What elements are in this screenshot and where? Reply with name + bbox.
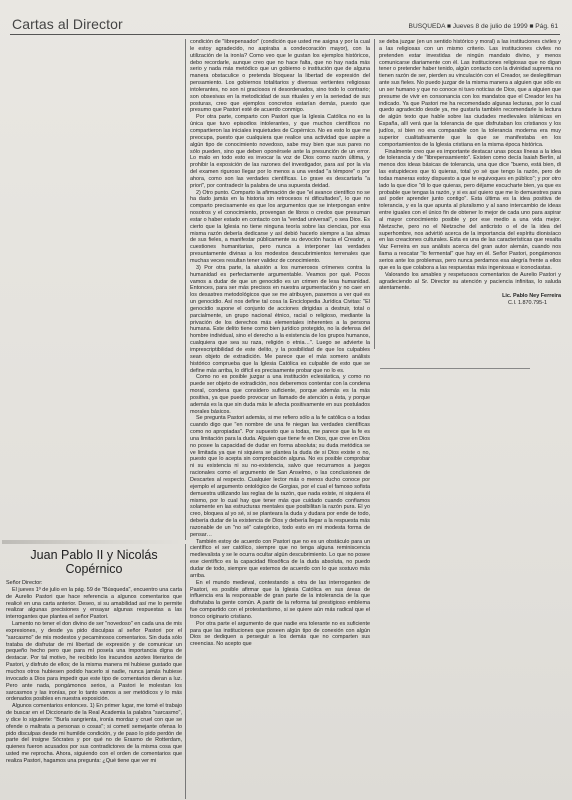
- paragraph: El jueves 1º de julio en la pág. 59 de "…: [6, 587, 182, 621]
- paragraph: Lamento no tener el don divino de ser "n…: [6, 621, 182, 703]
- column-rule-2: [374, 39, 375, 349]
- page-masthead: Cartas al Director BUSQUEDA ■ Jueves 8 d…: [10, 18, 560, 35]
- author-id-number: C.I. 1.870.795-1: [379, 300, 561, 307]
- paragraph: En el mundo medieval, contestando a otra…: [190, 580, 370, 621]
- paragraph: Finalmente creo que es importante destac…: [379, 149, 561, 272]
- end-rule: [380, 368, 530, 369]
- paragraph: Algunos comentarios entonces. 1) En prim…: [6, 703, 182, 765]
- newspaper-page: Cartas al Director BUSQUEDA ■ Jueves 8 d…: [0, 0, 572, 800]
- article-column-right: se deba juzgar (en un sentido histórico …: [379, 39, 561, 307]
- author-signature: Lic. Pablo Ney Ferreira: [379, 293, 561, 300]
- paragraph: se deba juzgar (en un sentido histórico …: [379, 39, 561, 149]
- section-title: Cartas al Director: [12, 16, 123, 32]
- letter-greeting: Señor Director:: [6, 580, 182, 587]
- paragraph: 3) Por otra parte, la alusión a los nume…: [190, 265, 370, 375]
- headline-bar: [2, 540, 190, 544]
- paragraph: 2) Otro punto. Comparto la afirmación de…: [190, 190, 370, 265]
- article-column-middle: condición de "librepensador" (condición …: [190, 39, 370, 648]
- paragraph: Valorando los amables y respetuosos come…: [379, 272, 561, 293]
- paragraph: Como no es posible juzgar a una instituc…: [190, 374, 370, 415]
- paragraph: condición de "librepensador" (condición …: [190, 39, 370, 114]
- paragraph: Se pregunta Pastori además, si me refier…: [190, 415, 370, 538]
- paragraph: Por otra parte, comparto con Pastori que…: [190, 114, 370, 189]
- article-column-left: Señor Director: El jueves 1º de julio en…: [6, 580, 182, 765]
- column-rule-1: [185, 39, 186, 799]
- article-headline: Juan Pablo II y Nicolás Copérnico: [6, 548, 182, 576]
- paragraph: También estoy de acuerdo con Pastori que…: [190, 539, 370, 580]
- issue-folio: BUSQUEDA ■ Jueves 8 de julio de 1999 ■ P…: [409, 23, 558, 30]
- paragraph: Por otra parte el argumento de que nadie…: [190, 621, 370, 648]
